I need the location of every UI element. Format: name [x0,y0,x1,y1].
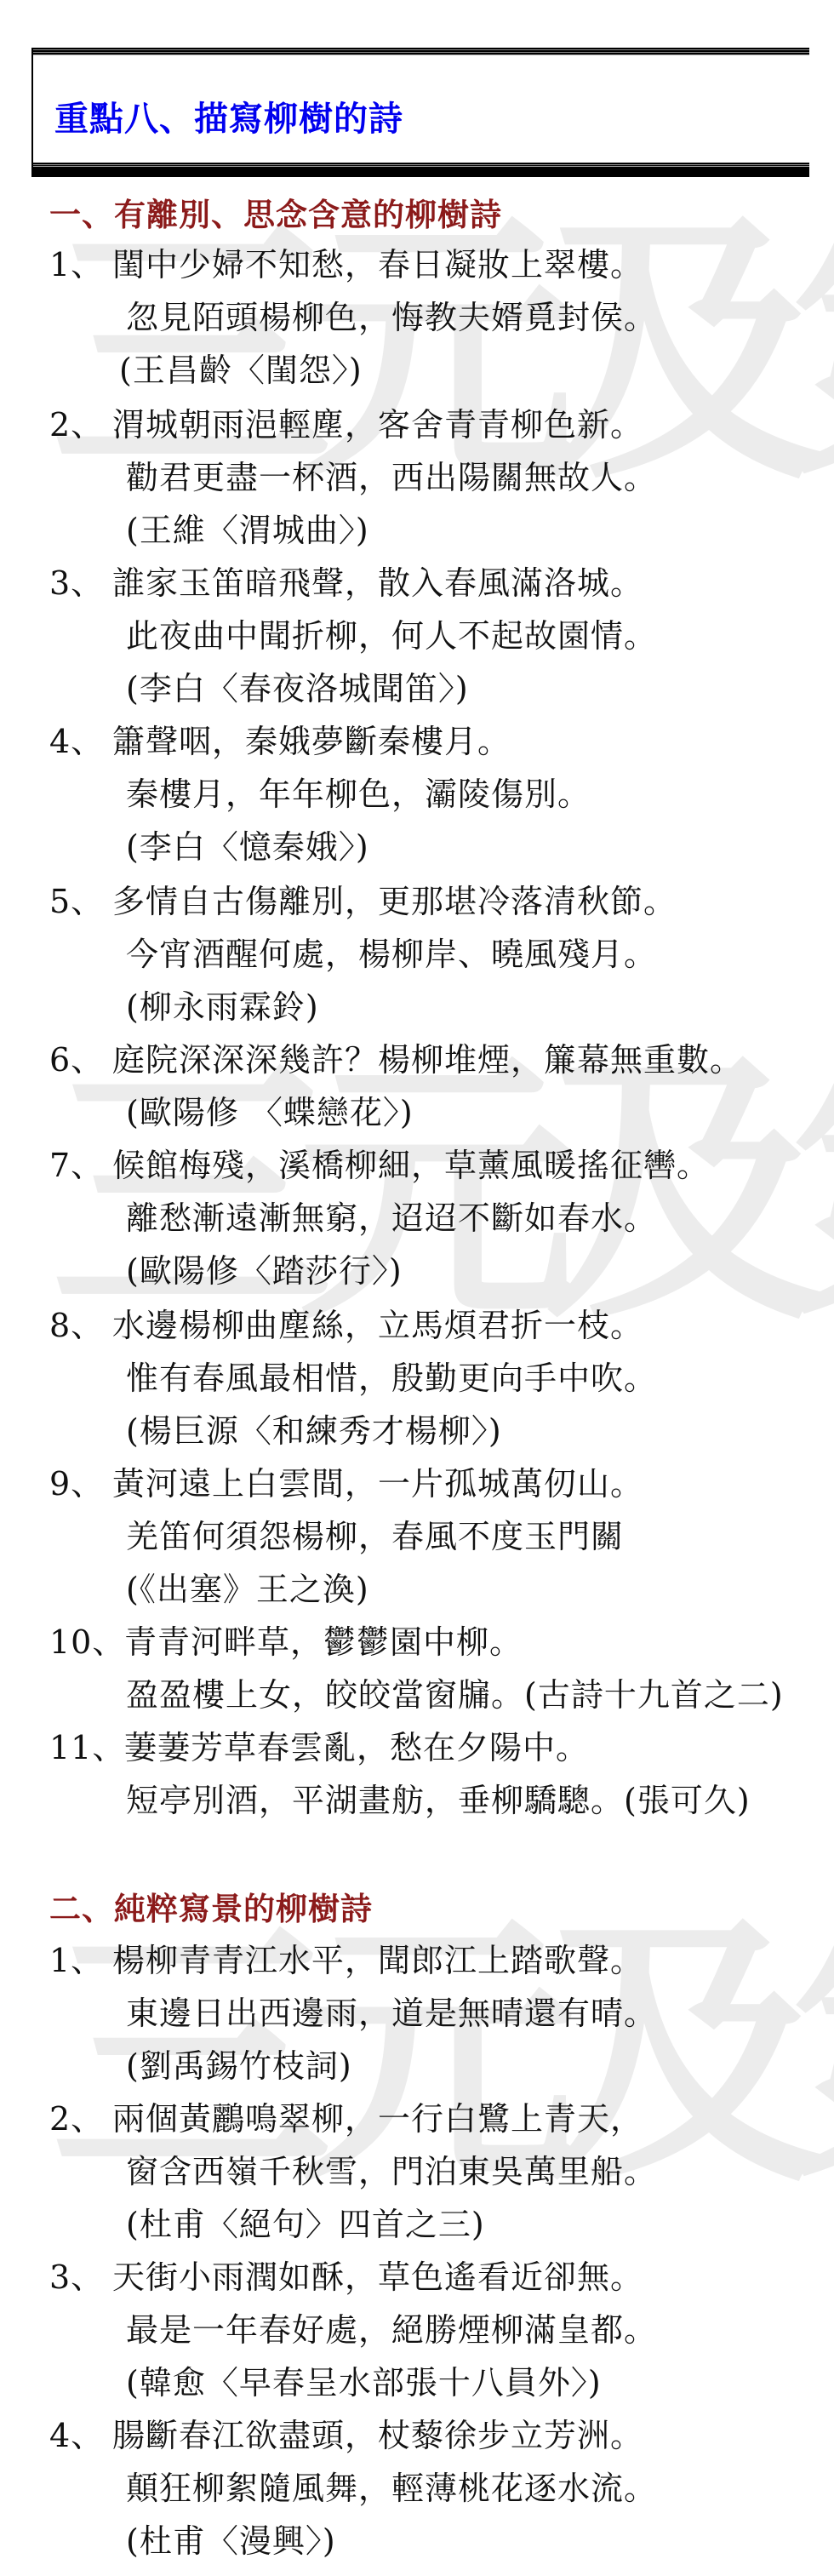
poem-number: 7、 [49,1144,104,1187]
poem-line: 閨中少婦不知愁，春日凝妝上翠樓。 [112,243,643,286]
poem-source: (歐陽修〈踏莎行〉) [126,1250,403,1292]
poem-line: 短亭別酒，平湖畫舫，垂柳驕驄。(張可久) [126,1779,751,1822]
poem-number: 8、 [49,1304,104,1347]
poem-line: 最是一年春好處，絕勝煙柳滿皇都。 [126,2309,657,2351]
poem-number: 1、 [49,1939,104,1982]
poem-source: (歐陽修 〈蝶戀花〉) [126,1091,414,1134]
poem-line: 青青河畔草，鬱鬱園中柳。 [124,1621,523,1663]
poem-source: (王昌齡〈閨怨〉) [119,349,363,392]
poem-line: 簫聲咽，秦娥夢斷秦樓月。 [112,720,511,763]
poem-number: 3、 [49,2256,104,2298]
poem-source: (楊巨源〈和練秀才楊柳〉) [126,1410,502,1452]
poem-source: (杜甫〈絕句〉四首之三) [126,2203,485,2246]
poem-number: 1、 [49,243,104,286]
poem-source: (《出塞》王之渙) [126,1568,369,1611]
poem-line: 腸斷春江欲盡頭，杖藜徐步立芳洲。 [112,2414,643,2457]
poem-line: 盈盈樓上女，皎皎當窗牖。(古詩十九首之二) [126,1674,784,1716]
watermark: 三元及第 [51,1040,800,1347]
poem-line: 誰家玉笛暗飛聲，散入春風滿洛城。 [112,562,643,604]
poem-source: (王維〈渭城曲〉) [126,509,369,552]
poem-line: 水邊楊柳曲塵絲，立馬煩君折一枝。 [112,1304,643,1347]
poem-line: 庭院深深深幾許？楊柳堆煙，簾幕無重數。 [112,1039,743,1081]
poem-line: 離愁漸遠漸無窮，迢迢不斷如春水。 [126,1197,657,1239]
poem-line: 渭城朝雨浥輕塵，客舍青青柳色新。 [112,404,643,446]
poem-line: 秦樓月，年年柳色，灞陵傷別。 [126,773,591,816]
section-title: 一、有離別、思念含意的柳樹詩 [49,189,502,235]
poem-line: 候館梅殘，溪橋柳細，草薰風暖搖征轡。 [112,1144,710,1187]
poem-line: 多情自古傷離別，更那堪冷落清秋節。 [112,880,677,923]
poem-source: (杜甫〈漫興〉) [126,2520,336,2562]
poem-line: 此夜曲中聞折柳，何人不起故園情。 [126,615,657,657]
poem-line: 顛狂柳絮隨風舞，輕薄桃花逐水流。 [126,2467,657,2510]
page-header: 重點八、描寫柳樹的詩 [31,48,809,177]
poem-source: (韓愈〈早春呈水部張十八員外〉) [126,2361,602,2404]
poem-source: (柳永雨霖鈴) [126,986,319,1028]
poem-line: 黃河遠上白雲間，一片孤城萬仞山。 [112,1463,643,1505]
poem-source: (李白〈憶秦娥〉) [126,826,369,868]
poem-line: 天街小雨潤如酥，草色遙看近卻無。 [112,2256,643,2298]
poem-number: 11、 [49,1726,125,1769]
poem-number: 10、 [49,1621,125,1663]
poem-line: 窗含西嶺千秋雪，門泊東吳萬里船。 [126,2150,657,2193]
poem-number: 4、 [49,720,104,763]
poem-number: 3、 [49,562,104,604]
poem-number: 5、 [49,880,104,923]
poem-number: 4、 [49,2414,104,2457]
poem-line: 萋萋芳草春雲亂，愁在夕陽中。 [124,1726,589,1769]
poem-line: 東邊日出西邊雨，道是無晴還有晴。 [126,1992,657,2035]
poem-line: 兩個黃鸝鳴翠柳，一行白鷺上青天， [112,2098,643,2140]
poem-number: 2、 [49,404,104,446]
header-rule-top [33,48,809,55]
poem-number: 2、 [49,2098,104,2140]
header-rule-bottom [33,163,809,177]
poem-number: 9、 [49,1463,104,1505]
poem-source: (劉禹錫竹枝詞) [126,2045,352,2087]
page-title: 重點八、描寫柳樹的詩 [54,92,403,140]
poem-line: 忽見陌頭楊柳色，悔教夫婿覓封侯。 [126,296,657,339]
poem-line: 羌笛何須怨楊柳，春風不度玉門關 [126,1515,624,1558]
poem-line: 惟有春風最相惜，殷勤更向手中吹。 [126,1357,657,1400]
poem-source: (李白〈春夜洛城聞笛〉) [126,667,469,710]
poem-line: 今宵酒醒何處，楊柳岸、曉風殘月。 [126,933,657,976]
poem-number: 6、 [49,1039,104,1081]
poem-line: 楊柳青青江水平，聞郎江上踏歌聲。 [112,1939,643,1982]
poem-line: 勸君更盡一杯酒，西出陽關無故人。 [126,456,657,499]
section-title: 二、純粹寫景的柳樹詩 [49,1883,373,1929]
